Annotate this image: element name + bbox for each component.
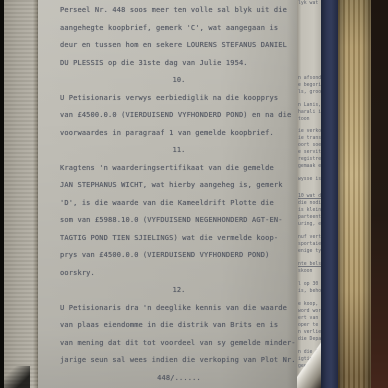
document-text-line: U Petisionaris dra 'n deeglike kennis va… bbox=[60, 300, 298, 318]
document-text-line: deur en tussen hom en sekere LOURENS STE… bbox=[60, 37, 298, 55]
document-text-line: JAN STEPHANUS WICHT, wat hierby aangeheg… bbox=[60, 177, 298, 195]
document-text-line: som van £5988.10.0 (VYFDUISEND NEGENHOND… bbox=[60, 212, 298, 230]
document-text-line: van plaas eiendomme in die distrik van B… bbox=[60, 317, 298, 335]
text-fragment: word wordt bbox=[298, 309, 321, 314]
document-text-line: TAGTIG POND TIEN SJIELINGS) wat die verm… bbox=[60, 230, 298, 248]
document-text-line: 10. bbox=[60, 72, 298, 90]
document-text-line: prys van £4500.0.0 (VIERDUISEND VYFHONDE… bbox=[60, 247, 298, 265]
document-text-line: van mening dat dit tot voordeel van sy g… bbox=[60, 335, 298, 353]
text-fragment: registreur bbox=[298, 157, 321, 162]
text-fragment: nte belsse bbox=[298, 262, 321, 267]
document-text-line: van £4500.0.0 (VIERDUISEND VYFHONDERD PO… bbox=[60, 107, 298, 125]
text-fragment: lyk wat bbox=[298, 1, 321, 6]
text-fragment: parteent ge- bbox=[298, 215, 321, 220]
document-text-line: 'D', is die waarde van die Kameeldrift P… bbox=[60, 195, 298, 213]
text-fragment: gemaak en bbox=[298, 164, 321, 169]
bottom-left-shadow bbox=[0, 366, 30, 388]
text-fragment: ie transpor- bbox=[298, 136, 321, 141]
text-fragment: sportaient bbox=[298, 242, 321, 247]
document-text-line: jarige seun sal wees indien die verkopin… bbox=[60, 352, 298, 370]
document-text-line: Kragtens 'n waarderingsertifikaat van di… bbox=[60, 160, 298, 178]
page-fold-corner bbox=[297, 338, 321, 388]
facing-page-strip: lyk watn afsondee begoringls, grootn Lan… bbox=[297, 0, 321, 388]
book-photo-frame: Perseel Nr. 448 soos meer ten volle sal … bbox=[0, 0, 388, 388]
document-text-line: 11. bbox=[60, 142, 298, 160]
text-fragment: n Lanis, sy bbox=[298, 103, 321, 108]
document-text-line: Perseel Nr. 448 soos meer ten volle sal … bbox=[60, 2, 298, 20]
text-fragment: ls, groot bbox=[298, 90, 321, 95]
text-fragment: die nodige bbox=[298, 201, 321, 206]
typewritten-text: Perseel Nr. 448 soos meer ten volle sal … bbox=[60, 2, 298, 387]
text-fragment: toon bbox=[298, 117, 321, 122]
text-fragment: e servitute, bbox=[298, 150, 321, 155]
document-text-line: 12. bbox=[60, 282, 298, 300]
document-text-line: oorskry. bbox=[60, 265, 298, 283]
text-fragment: is kleine eo- bbox=[298, 208, 321, 213]
text-fragment: oper te kry bbox=[298, 323, 321, 328]
text-fragment: skoon bbox=[298, 269, 321, 274]
document-text-line: 448/...... bbox=[60, 370, 298, 388]
left-page-edges bbox=[4, 0, 38, 388]
text-fragment: ie verkoper, bbox=[298, 129, 321, 134]
text-fragment: 10 wat deur bbox=[298, 194, 321, 199]
text-fragment: e begoring bbox=[298, 83, 321, 88]
text-fragment: n afsonde bbox=[298, 76, 321, 81]
document-text-line: U Petisionaris verwys eerbiediglik na di… bbox=[60, 90, 298, 108]
document-text-line: voorwaardes in paragraaf 1 van gemelde k… bbox=[60, 125, 298, 143]
text-fragment: enige tyd bbox=[298, 249, 321, 254]
text-fragment: is, behoort bbox=[298, 289, 321, 294]
binding-strip bbox=[321, 0, 338, 388]
document-text-line: DU PLESSIS op die 31ste dag van Julie 19… bbox=[60, 55, 298, 73]
text-fragment: e koop, af bbox=[298, 302, 321, 307]
text-fragment: l op 30 bbox=[298, 282, 321, 287]
text-fragment: oort soek bbox=[298, 143, 321, 148]
text-fragment: uring, en die bbox=[298, 222, 321, 227]
fore-edge-shading bbox=[338, 0, 371, 388]
text-fragment: n verlies of bbox=[298, 330, 321, 335]
text-fragment: ert van die bbox=[298, 316, 321, 321]
document-text-line: aangehegte koopbrief, gemerk 'C', wat aa… bbox=[60, 20, 298, 38]
text-fragment: nuf vertoek bbox=[298, 235, 321, 240]
background-gutter bbox=[371, 0, 388, 388]
main-document-page: Perseel Nr. 448 soos meer ten volle sal … bbox=[38, 0, 297, 388]
text-fragment: wysse is bbox=[298, 177, 321, 182]
text-fragment: harali is me bbox=[298, 110, 321, 115]
